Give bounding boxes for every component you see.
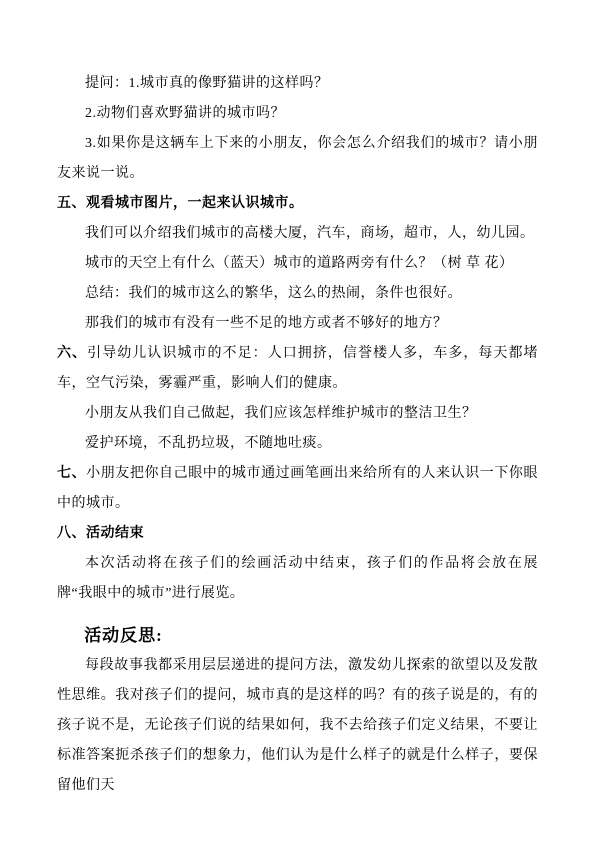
paragraph: 3.如果你是这辆车上下来的小朋友，你会怎么介绍我们的城市？请小朋友来说一说。 xyxy=(57,129,538,189)
section-number: 六、 xyxy=(57,346,87,361)
paragraph: 城市的天空上有什么（蓝天）城市的道路两旁有什么？（树 草 花） xyxy=(57,249,538,279)
section-heading: 五、观看城市图片，一起来认识城市。 xyxy=(57,189,538,219)
paragraph: 我们可以介绍我们城市的高楼大厦，汽车，商场，超市，人，幼儿园。 xyxy=(57,219,538,249)
reflection-heading: 活动反思: xyxy=(57,621,538,651)
document-body: 提问：1.城市真的像野猫讲的这样吗？2.动物们喜欢野猫讲的城市吗？3.如果你是这… xyxy=(57,69,538,801)
document-page: 提问：1.城市真的像野猫讲的这样吗？2.动物们喜欢野猫讲的城市吗？3.如果你是这… xyxy=(0,0,595,842)
section-number: 七、 xyxy=(57,466,86,481)
paragraph: 2.动物们喜欢野猫讲的城市吗？ xyxy=(57,99,538,129)
paragraph: 小朋友从我们自己做起，我们应该怎样维护城市的整洁卫生？ xyxy=(57,399,538,429)
paragraph: 总结：我们的城市这么的繁华，这么的热闹，条件也很好。 xyxy=(57,279,538,309)
section-heading: 八、活动结束 xyxy=(57,519,538,549)
paragraph-text: 引导幼儿认识城市的不足：人口拥挤，信誉楼人多，车多，每天都堵车，空气污染，雾霾严… xyxy=(57,346,538,391)
paragraph: 本次活动将在孩子们的绘画活动中结束，孩子们的作品将会放在展牌“我眼中的城市”进行… xyxy=(57,549,538,609)
paragraph: 那我们的城市有没有一些不足的地方或者不够好的地方？ xyxy=(57,309,538,339)
paragraph: 爱护环境，不乱扔垃圾，不随地吐痰。 xyxy=(57,429,538,459)
paragraph: 提问：1.城市真的像野猫讲的这样吗？ xyxy=(57,69,538,99)
paragraph-text: 小朋友把你自己眼中的城市通过画笔画出来给所有的人来认识一下你眼中的城市。 xyxy=(57,466,538,511)
paragraph: 七、小朋友把你自己眼中的城市通过画笔画出来给所有的人来认识一下你眼中的城市。 xyxy=(57,459,538,519)
paragraph: 每段故事我都采用层层递进的提问方法，激发幼儿探索的欲望以及发散性思维。我对孩子们… xyxy=(57,651,538,801)
paragraph: 六、引导幼儿认识城市的不足：人口拥挤，信誉楼人多，车多，每天都堵车，空气污染，雾… xyxy=(57,339,538,399)
